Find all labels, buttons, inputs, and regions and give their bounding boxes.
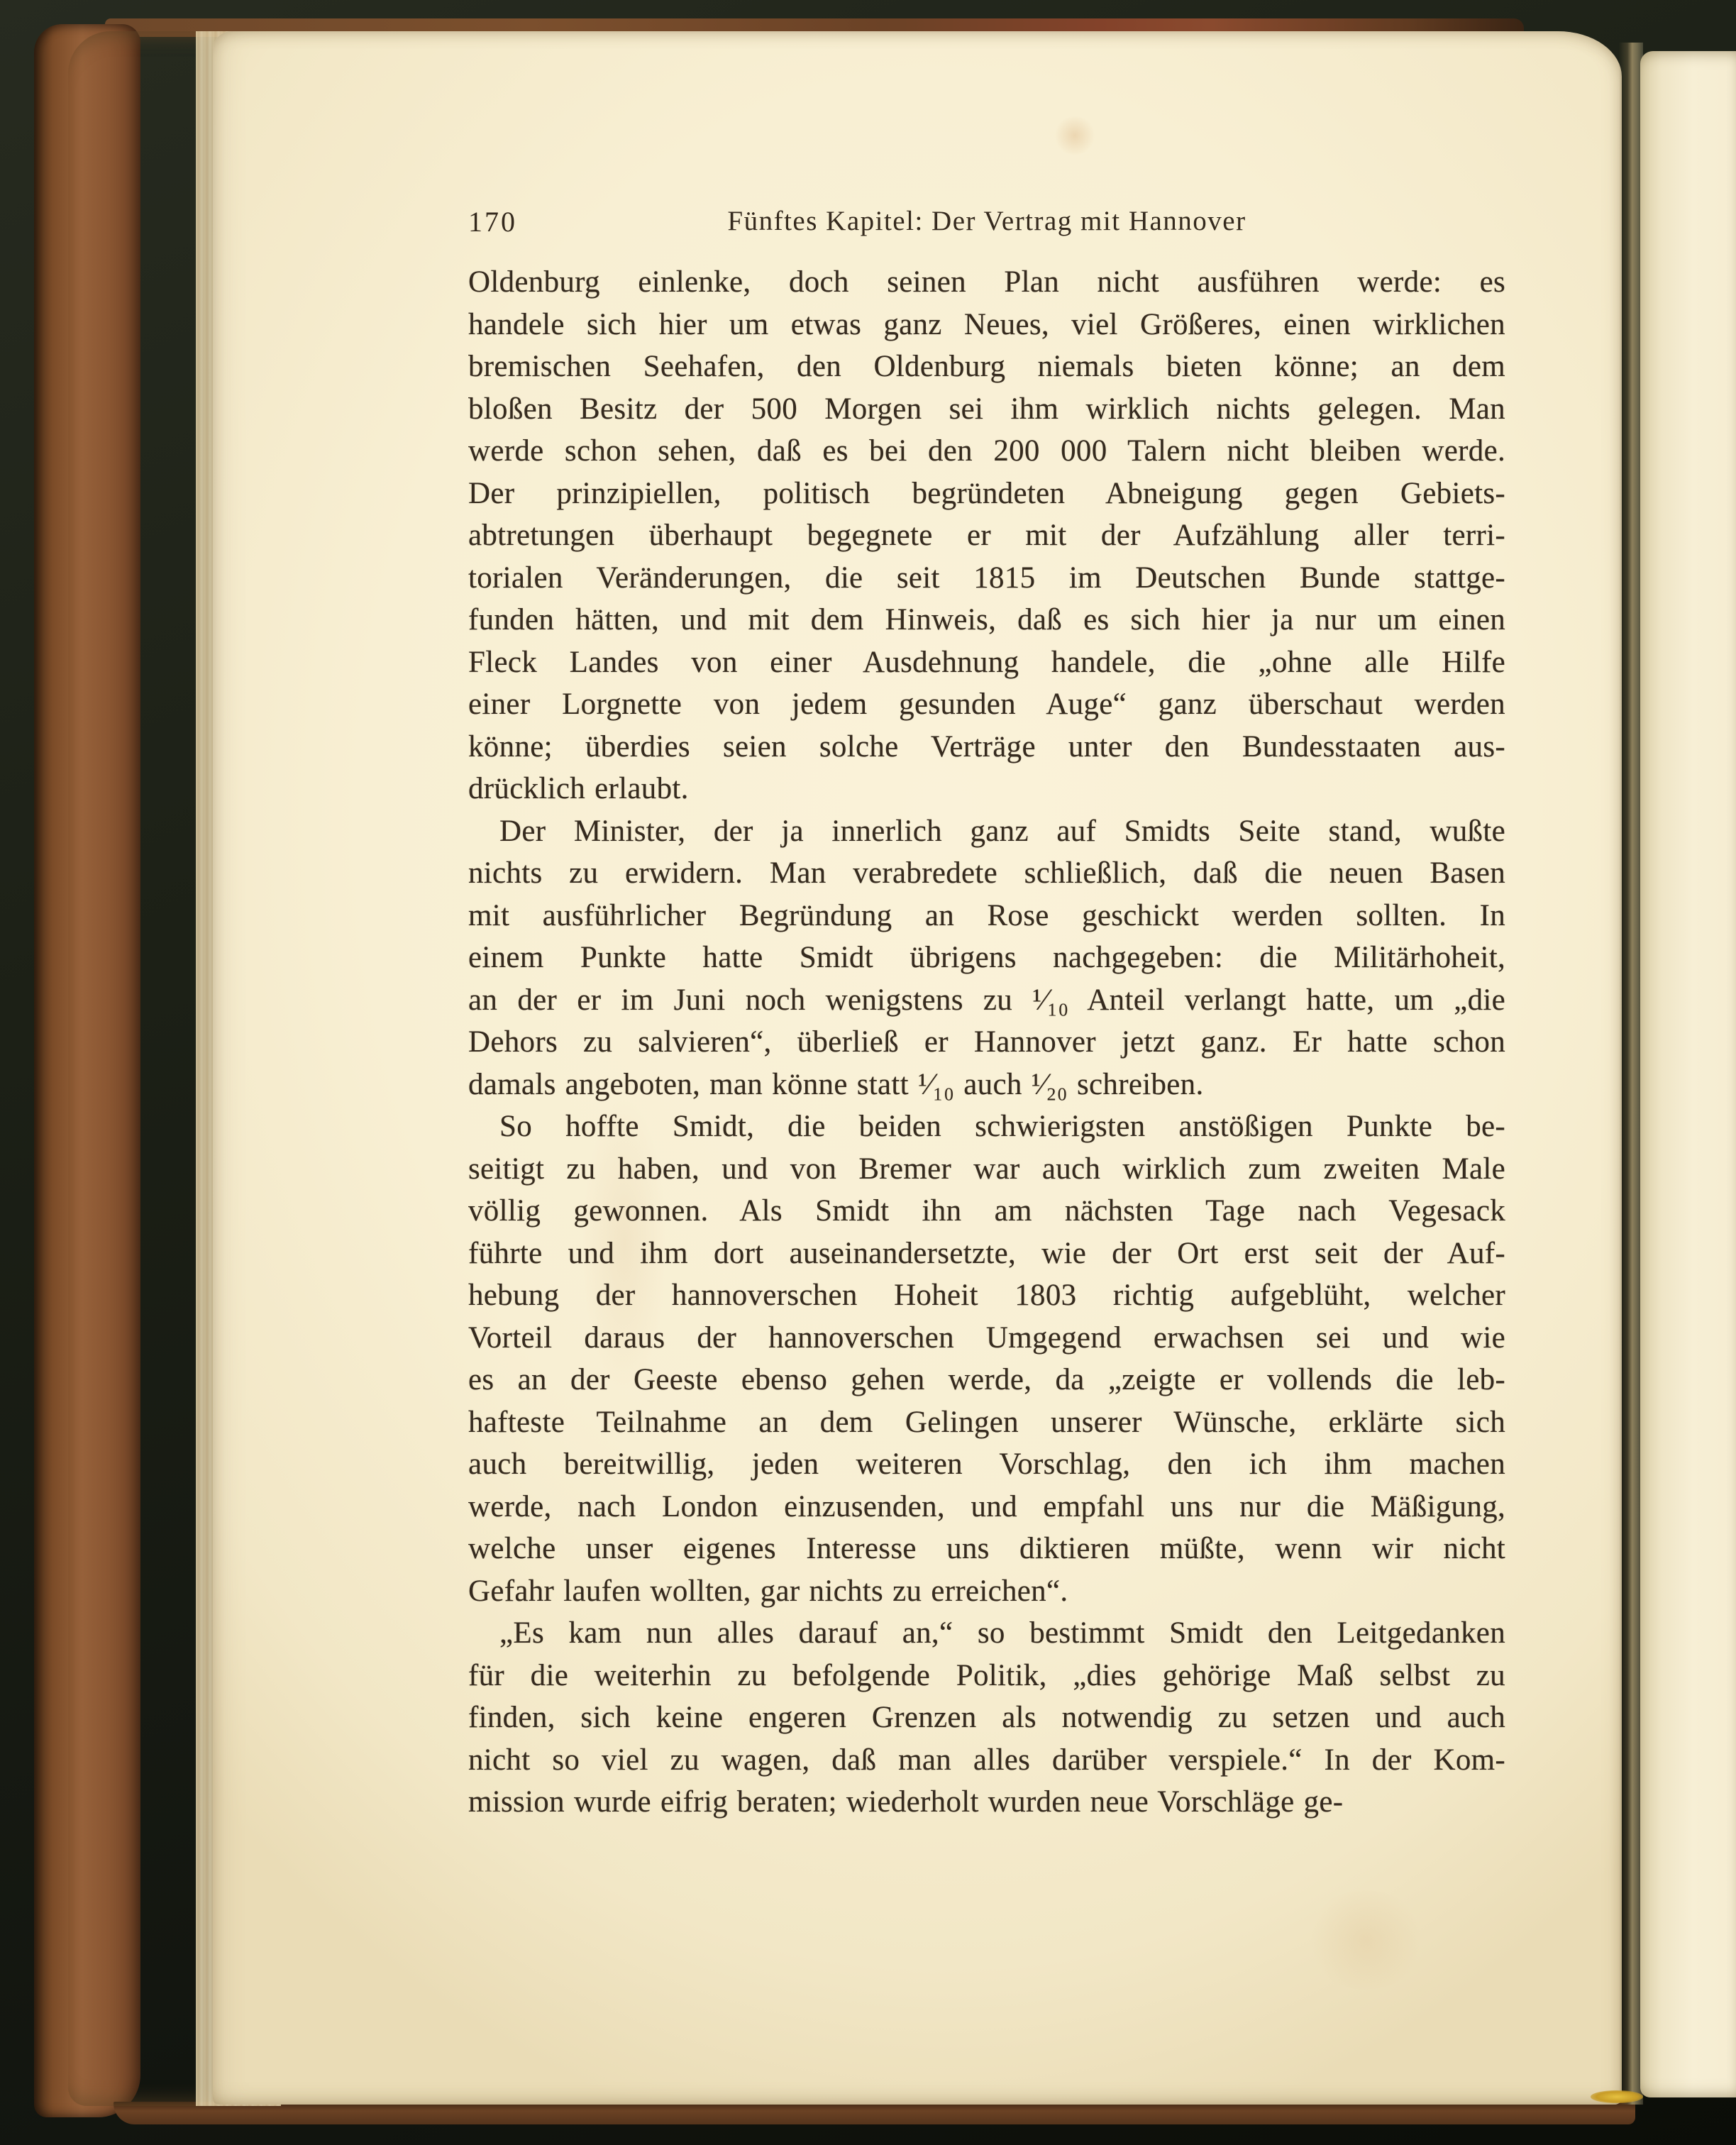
text-line: hebung der hannoverschen Hoheit 1803 ric…	[468, 1274, 1505, 1317]
paragraph: Oldenburg einlenke, doch seinen Plan nic…	[468, 261, 1505, 810]
gilt-edge-glint	[1591, 2090, 1643, 2103]
paper-stain	[1305, 1890, 1426, 1990]
paper-stain	[1054, 116, 1096, 155]
text-line: Vorteil daraus der hannoverschen Umgegen…	[468, 1317, 1505, 1360]
text-line: einem Punkte hatte Smidt übrigens nachge…	[468, 937, 1505, 979]
text-line: handele sich hier um etwas ganz Neues, v…	[468, 304, 1505, 346]
text-line: völlig gewonnen. Als Smidt ihn am nächst…	[468, 1190, 1505, 1233]
text-line: führte und ihm dort auseinandersetzte, w…	[468, 1233, 1505, 1275]
paragraph: Der Minister, der ja innerlich ganz auf …	[468, 810, 1505, 1106]
text-line: nicht so viel zu wagen, daß man alles da…	[468, 1739, 1505, 1782]
text-line: So hoffte Smidt, die beiden schwierigste…	[468, 1105, 1505, 1148]
text-line: welche unser eigenes Interesse uns dikti…	[468, 1528, 1505, 1570]
photo-backdrop: 170 Fünftes Kapitel: Der Vertrag mit Han…	[0, 0, 1736, 2145]
text-line: Dehors zu salvieren“, überließ er Hannov…	[468, 1021, 1505, 1064]
text-line: Gefahr laufen wollten, gar nichts zu err…	[468, 1570, 1505, 1613]
leather-bottom-edge	[114, 2102, 1635, 2124]
running-header-row: 170 Fünftes Kapitel: Der Vertrag mit Han…	[468, 201, 1505, 243]
text-line: werde schon sehen, daß es bei den 200 00…	[468, 430, 1505, 473]
text-line: werde, nach London einzusenden, und empf…	[468, 1486, 1505, 1528]
page-gutter-crease	[1619, 43, 1643, 2105]
running-header: Fünftes Kapitel: Der Vertrag mit Hannove…	[468, 205, 1505, 237]
facing-page-sliver	[1640, 51, 1736, 2097]
text-line: auch bereitwillig, jeden weiteren Vorsch…	[468, 1443, 1505, 1486]
text-line: nichts zu erwidern. Man verabredete schl…	[468, 852, 1505, 895]
text-line: mission wurde eifrig beraten; wiederholt…	[468, 1781, 1505, 1824]
text-line: hafteste Teilnahme an dem Gelingen unser…	[468, 1401, 1505, 1444]
text-line: funden hätten, und mit dem Hinweis, daß …	[468, 599, 1505, 641]
text-line: bloßen Besitz der 500 Morgen sei ihm wir…	[468, 388, 1505, 431]
text-line: könne; überdies seien solche Verträge un…	[468, 726, 1505, 768]
text-line: bremischen Seehafen, den Oldenburg niema…	[468, 346, 1505, 388]
text-line: finden, sich keine engeren Grenzen als n…	[468, 1697, 1505, 1739]
text-line: für die weiterhin zu befolgende Politik,…	[468, 1655, 1505, 1697]
text-line: damals angeboten, man könne statt ¹⁄₁₀ a…	[468, 1064, 1505, 1106]
text-line: es an der Geeste ebenso gehen werde, da …	[468, 1359, 1505, 1401]
text-line: Der prinzipiellen, politisch begründeten…	[468, 473, 1505, 515]
text-line: torialen Veränderungen, die seit 1815 im…	[468, 557, 1505, 600]
text-line: „Es kam nun alles darauf an,“ so bestimm…	[468, 1612, 1505, 1655]
text-line: Fleck Landes von einer Ausdehnung handel…	[468, 641, 1505, 684]
text-line: Oldenburg einlenke, doch seinen Plan nic…	[468, 261, 1505, 304]
text-line: an der er im Juni noch wenigstens zu ¹⁄₁…	[468, 979, 1505, 1022]
paragraph: „Es kam nun alles darauf an,“ so bestimm…	[468, 1612, 1505, 1824]
text-line: mit ausführlicher Begründung an Rose ges…	[468, 895, 1505, 937]
text-line: abtretungen überhaupt begegnete er mit d…	[468, 514, 1505, 557]
text-line: drücklich erlaubt.	[468, 768, 1505, 810]
body-text: Oldenburg einlenke, doch seinen Plan nic…	[468, 261, 1505, 1824]
text-line: einer Lorgnette von jedem gesunden Auge“…	[468, 683, 1505, 726]
text-line: Der Minister, der ja innerlich ganz auf …	[468, 810, 1505, 853]
text-line: seitigt zu haben, und von Bremer war auc…	[468, 1148, 1505, 1191]
paragraph: So hoffte Smidt, die beiden schwierigste…	[468, 1105, 1505, 1612]
printed-text-area: 170 Fünftes Kapitel: Der Vertrag mit Han…	[468, 201, 1505, 1824]
